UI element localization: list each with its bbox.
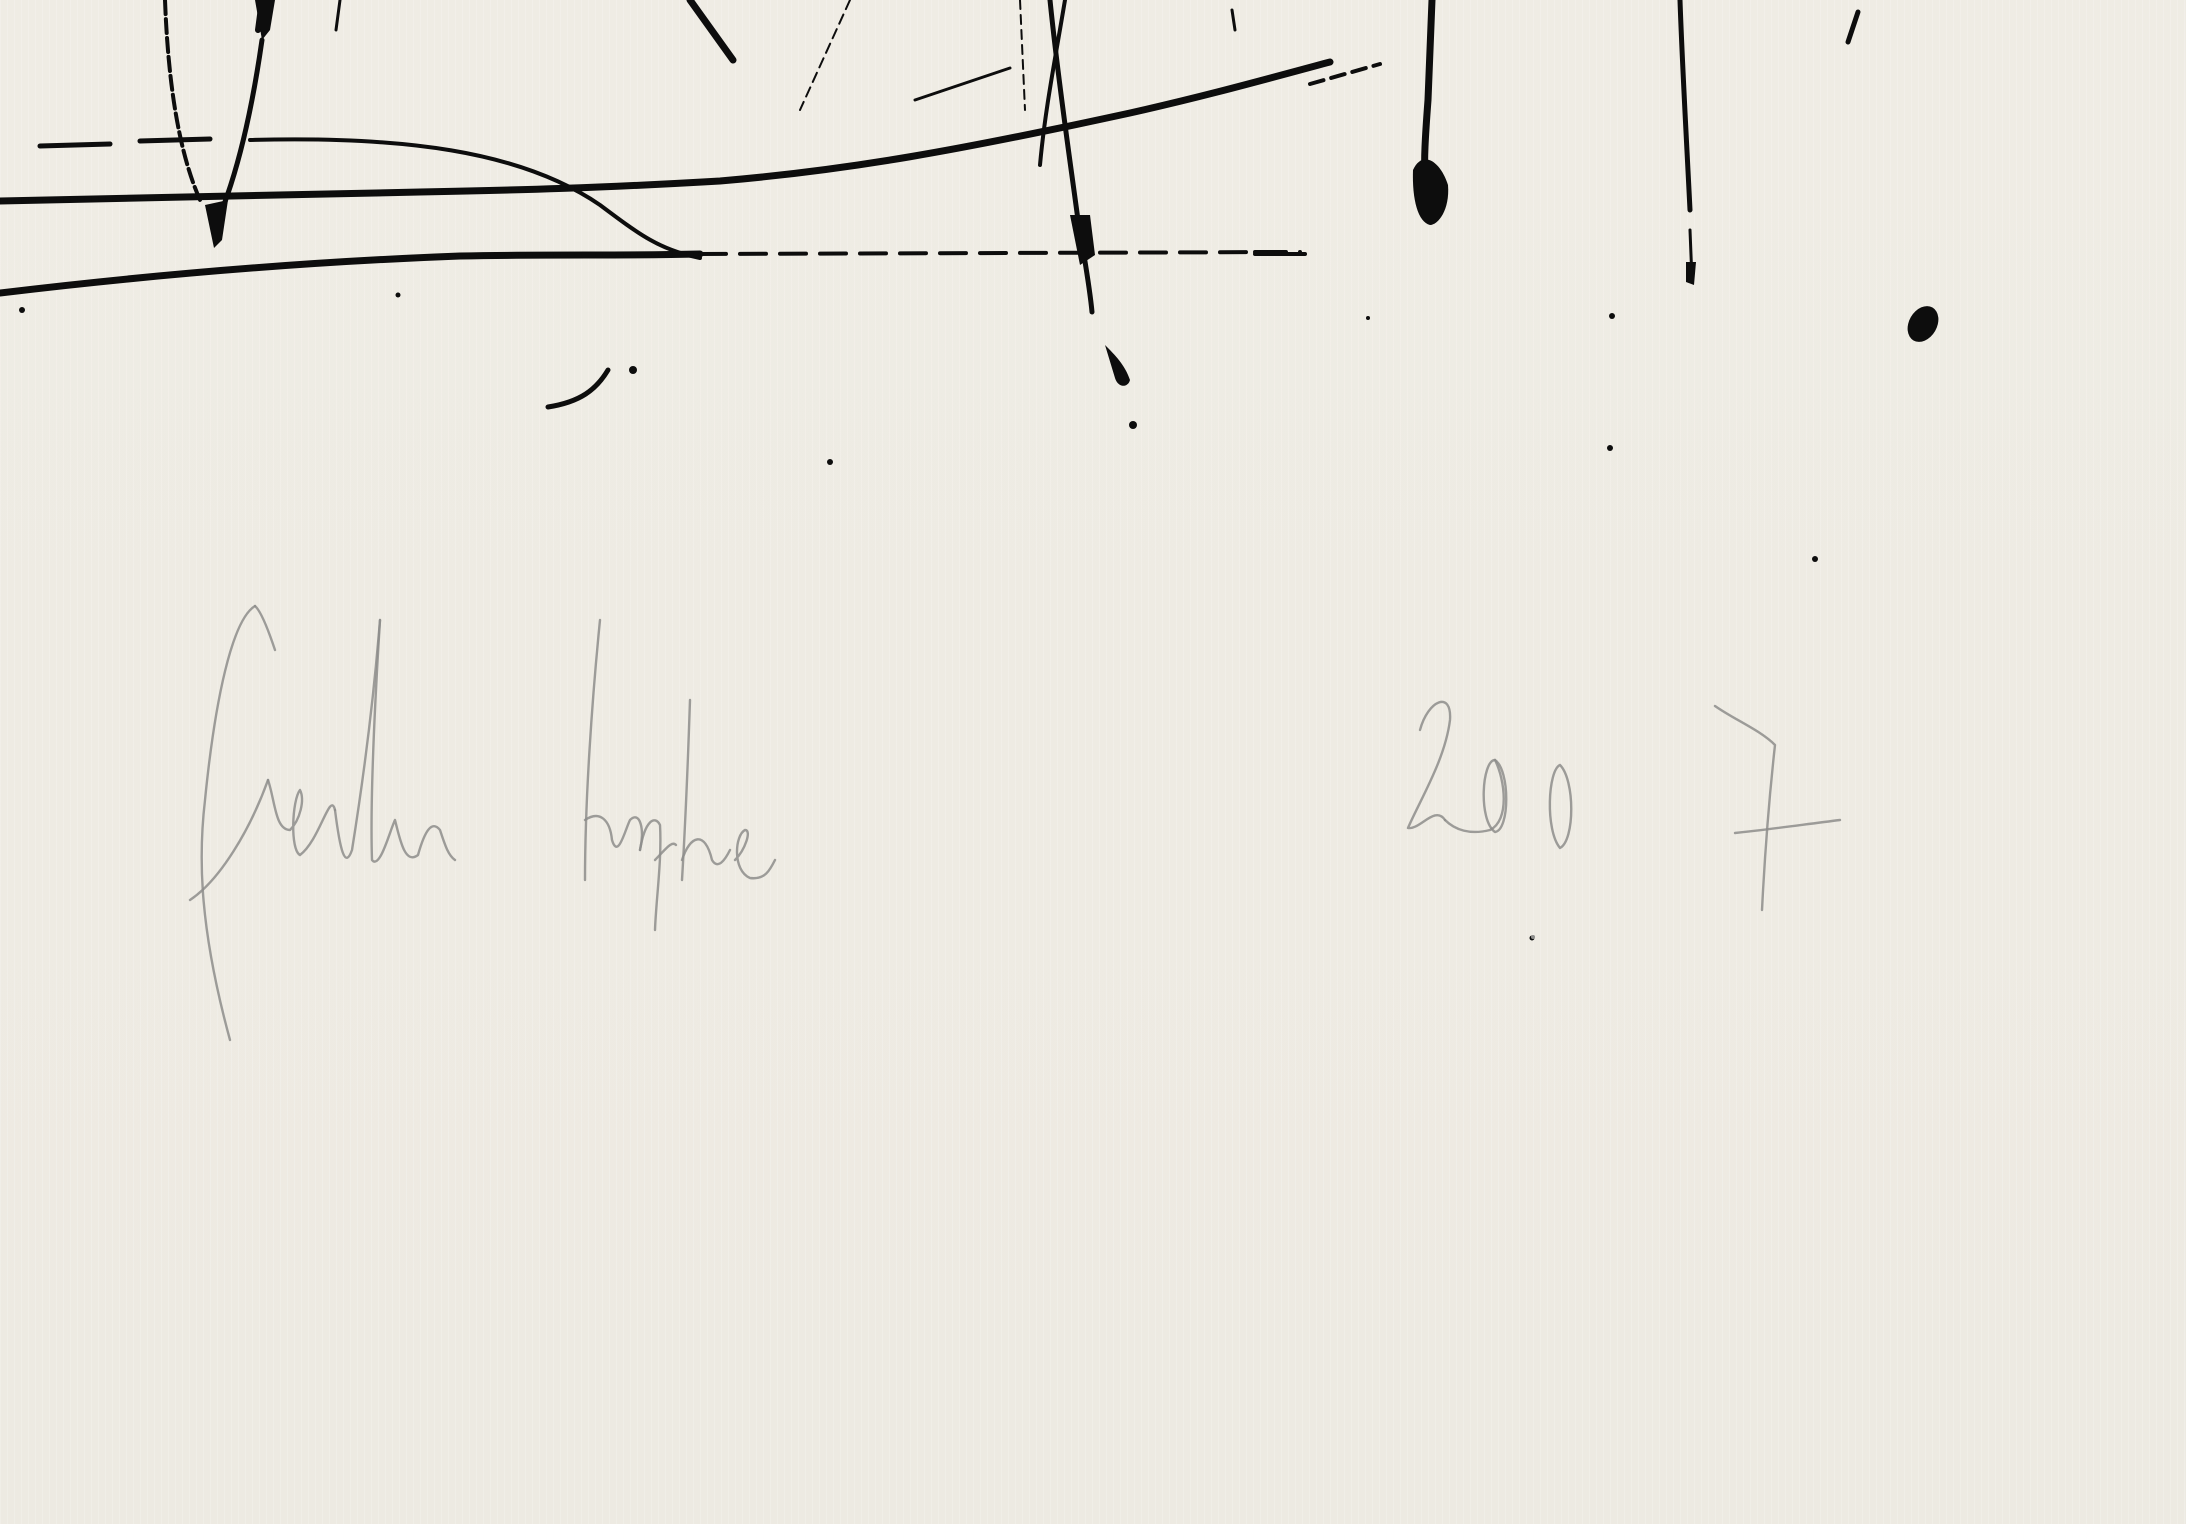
pencil-signature — [190, 606, 1840, 1040]
horizontal-ink-strokes — [0, 62, 1380, 293]
ink-drawing — [0, 0, 2186, 1524]
